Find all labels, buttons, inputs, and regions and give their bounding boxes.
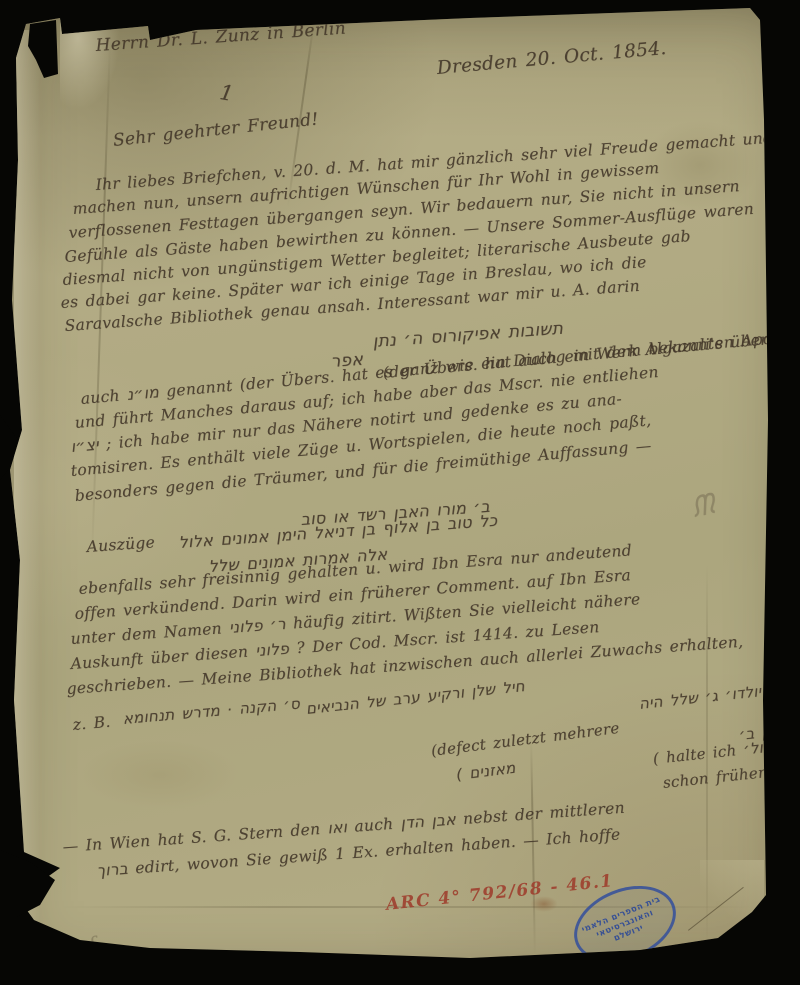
- handwriting-line: תשובות אפיקורוס ה׳ נתן: [372, 319, 564, 352]
- handwriting-line: schon früher): [662, 763, 772, 792]
- address-line: Herrn Dr. L. Zunz in Berlin: [95, 19, 347, 56]
- ink-showthrough: ᙏ: [688, 487, 718, 525]
- archive-reference: ARC 4° 792/68 - 46.1: [385, 871, 615, 915]
- salutation: Sehr geehrter Freund!: [112, 109, 320, 150]
- handwriting-line: (defect zuletzt mehrere: [430, 719, 620, 760]
- pencil-squiggle: ſ: [86, 932, 100, 957]
- handwriting-line: חיל שלן ורקיע ערב של הנביאים: [305, 677, 526, 718]
- torn-fragment: [60, 20, 120, 110]
- paper-stain: [80, 740, 240, 810]
- page-number-mark: 1: [218, 80, 236, 106]
- dateline: Dresden 20. Oct. 1854.: [436, 38, 667, 79]
- torn-edge-highlight: [14, 30, 40, 930]
- fold-corner: [700, 860, 764, 938]
- handwriting-line: מאזנים ): [455, 759, 516, 784]
- scan-background: { "colors": { "background": "#060604", "…: [0, 0, 800, 985]
- handwriting-line: z. B.: [72, 713, 111, 734]
- letter-page: ᙏ ſ Herrn Dr. L. Zunz in Berlin 1 Dresde…: [0, 0, 800, 985]
- handwriting-line: Auszüge: [86, 533, 156, 556]
- handwriting-line: ס׳ הקנה · מדרש תנחומא: [122, 695, 301, 728]
- handwriting-line: יולדו׳ ג׳ שלל היה: [638, 682, 762, 713]
